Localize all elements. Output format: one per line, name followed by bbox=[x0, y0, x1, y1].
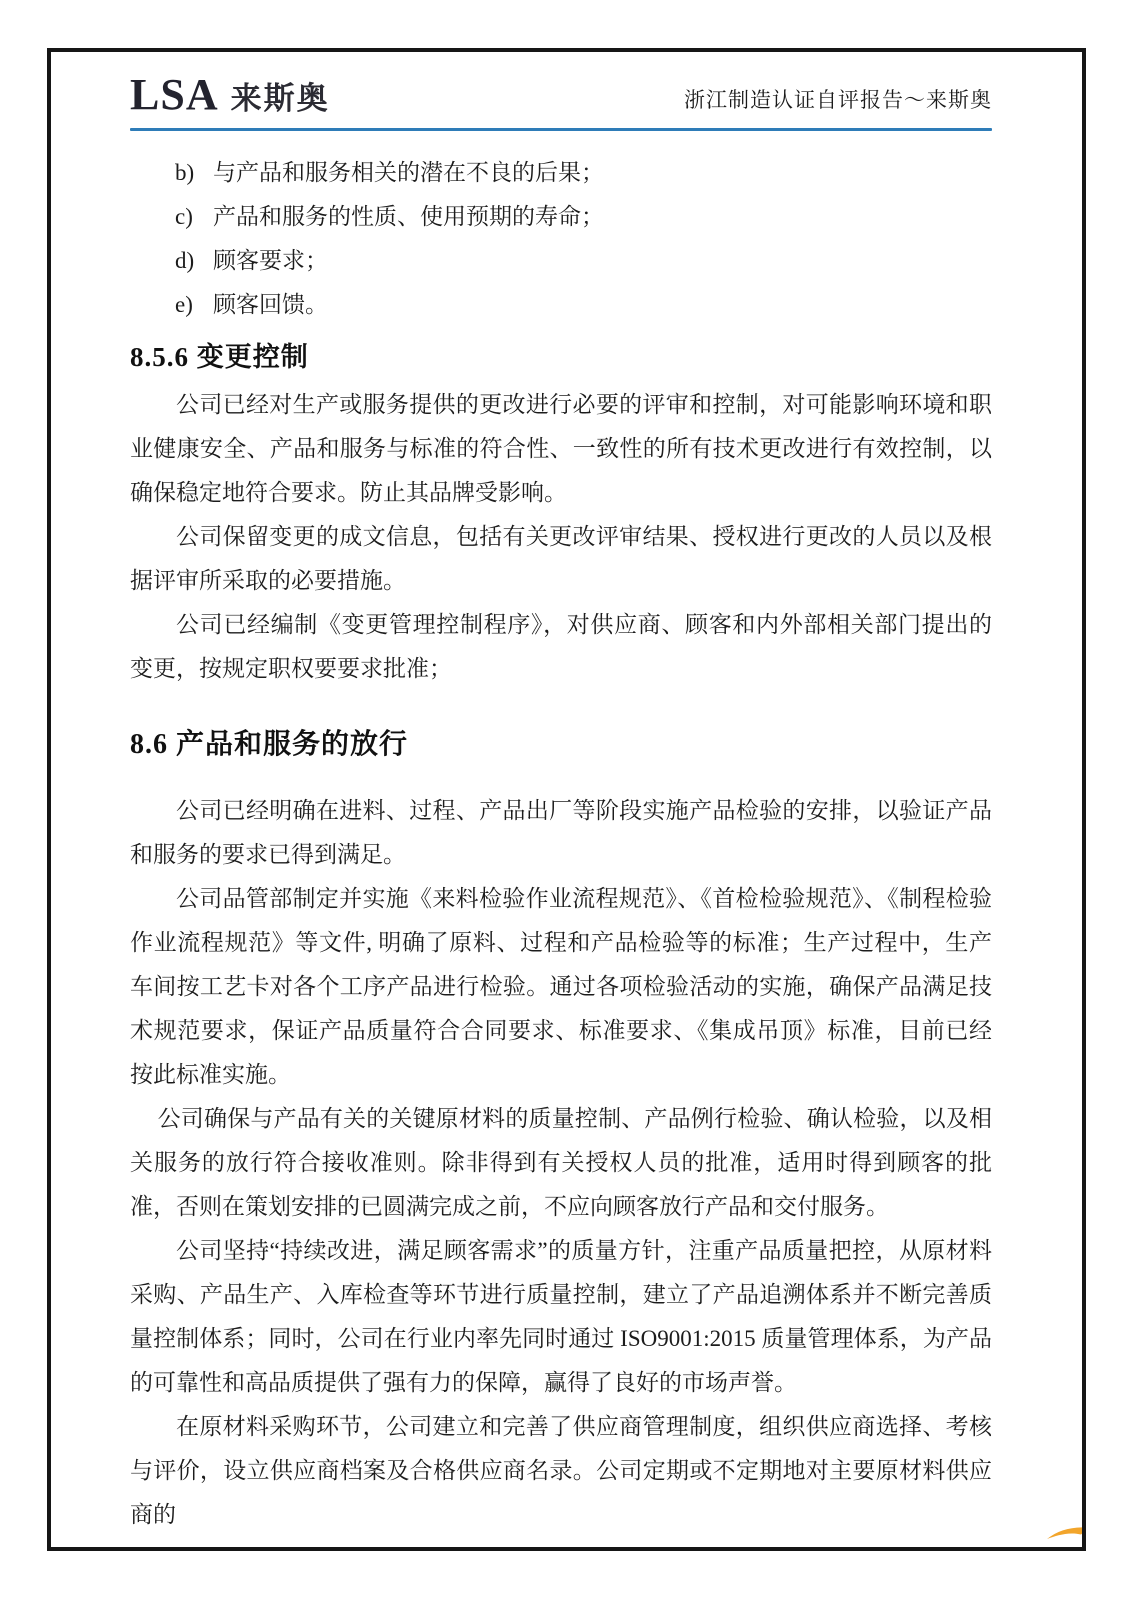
list-item: c) 产品和服务的性质、使用预期的寿命； bbox=[130, 195, 992, 239]
paragraph: 公司品管部制定并实施《来料检验作业流程规范》、《首检检验规范》、《制程检验作业流… bbox=[130, 877, 992, 1097]
logo-company-name: 来斯奥 bbox=[231, 73, 330, 118]
logo-wordmark: LSA bbox=[130, 73, 219, 117]
document-page: LSA 来斯奥 浙江制造认证自评报告～来斯奥 b) 与产品和服务相关的潜在不良的… bbox=[47, 48, 1086, 1551]
list-item-text: 顾客回馈。 bbox=[213, 283, 328, 327]
alpha-list: b) 与产品和服务相关的潜在不良的后果； c) 产品和服务的性质、使用预期的寿命… bbox=[130, 151, 992, 327]
list-item-text: 顾客要求； bbox=[213, 239, 328, 283]
list-marker: d) bbox=[175, 239, 213, 283]
header-divider bbox=[130, 128, 992, 131]
section-heading-8-5-6: 8.5.6 变更控制 bbox=[130, 339, 992, 375]
paragraph: 在原材料采购环节，公司建立和完善了供应商管理制度，组织供应商选择、考核与评价，设… bbox=[130, 1405, 992, 1537]
list-item-text: 与产品和服务相关的潜在不良的后果； bbox=[213, 151, 604, 195]
page-header: LSA 来斯奥 浙江制造认证自评报告～来斯奥 bbox=[130, 62, 992, 118]
list-marker: b) bbox=[175, 151, 213, 195]
list-marker: c) bbox=[175, 195, 213, 239]
paragraph: 公司确保与产品有关的关键原材料的质量控制、产品例行检验、确认检验，以及相关服务的… bbox=[130, 1097, 992, 1229]
list-item: b) 与产品和服务相关的潜在不良的后果； bbox=[130, 151, 992, 195]
paragraph: 公司已经对生产或服务提供的更改进行必要的评审和控制，对可能影响环境和职业健康安全… bbox=[130, 383, 992, 515]
list-item: e) 顾客回馈。 bbox=[130, 283, 992, 327]
list-marker: e) bbox=[175, 283, 213, 327]
lsa-logo: LSA 来斯奥 bbox=[130, 73, 330, 118]
paragraph: 公司已经明确在进料、过程、产品出厂等阶段实施产品检验的安排，以验证产品和服务的要… bbox=[130, 789, 992, 877]
logo-swoosh-icon bbox=[1046, 1525, 1086, 1542]
paragraph: 公司坚持“持续改进，满足顾客需求”的质量方针，注重产品质量把控，从原材料采购、产… bbox=[130, 1229, 992, 1405]
paragraph: 公司已经编制《变更管理控制程序》，对供应商、顾客和内外部相关部门提出的变更，按规… bbox=[130, 603, 992, 691]
list-item-text: 产品和服务的性质、使用预期的寿命； bbox=[213, 195, 604, 239]
page-content: b) 与产品和服务相关的潜在不良的后果； c) 产品和服务的性质、使用预期的寿命… bbox=[130, 151, 992, 1537]
section-heading-8-6: 8.6 产品和服务的放行 bbox=[130, 725, 992, 765]
document-title: 浙江制造认证自评报告～来斯奥 bbox=[684, 84, 992, 118]
list-item: d) 顾客要求； bbox=[130, 239, 992, 283]
paragraph: 公司保留变更的成文信息，包括有关更改评审结果、授权进行更改的人员以及根据评审所采… bbox=[130, 515, 992, 603]
